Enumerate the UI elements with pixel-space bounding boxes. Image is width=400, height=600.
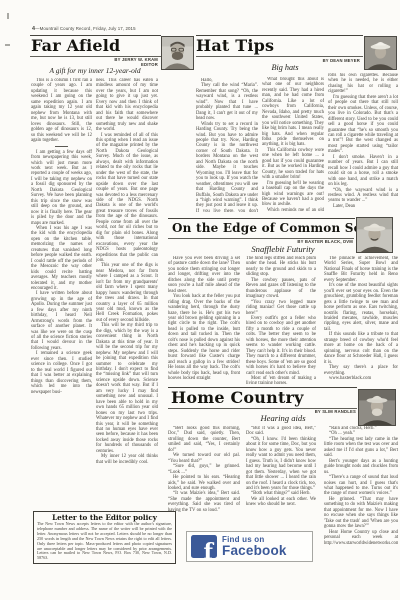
letter-policy-box: Letter to the Editor policy The New Town… <box>33 511 176 564</box>
scan-artifact <box>5 44 10 46</box>
bearded-man-glasses-portrait <box>162 37 193 69</box>
baxter-black-photo <box>356 217 393 253</box>
home-country-column-3: “Rain and clocks, Herb.”“Oh ... yeah.”“T… <box>324 426 398 568</box>
jerry-kram-photo <box>161 36 194 70</box>
man-in-white-cowboy-hat-portrait <box>365 37 396 69</box>
home-country-subhead: Hearing aids <box>233 414 333 423</box>
hat-tips-column-2: What brought this about is what one of o… <box>262 77 324 212</box>
dean-meyer-photo <box>364 36 397 70</box>
edge-column-3: The pinnacle of achievement, the World S… <box>324 256 398 384</box>
edge-of-common-sense-title: On the Edge of Common Sense <box>172 222 385 234</box>
man-in-hat-white-beard-portrait <box>359 390 395 425</box>
edge-subhead: Snafflebit Futurity <box>233 245 333 254</box>
hat-tips-subhead: Big hats <box>235 64 335 73</box>
header-rule <box>168 218 355 219</box>
letter-policy-text: The New Town News accepts letters to the… <box>37 522 172 561</box>
facebook-ad-box: f Find us on Facebook <box>186 531 313 562</box>
facebook-wordmark: Facebook <box>222 544 287 557</box>
far-afield-column-2: ness. This career has eaten a mindless a… <box>96 78 158 508</box>
home-country-title: Home Country <box>171 390 304 406</box>
home-country-column-1: “Bert looks good this morning, Doc,” Dud… <box>168 426 240 522</box>
folio-text: —Mountrail County Record, Friday, July 1… <box>35 26 136 31</box>
home-country-column-2: “But it was a good idea, Bert,” Doc said… <box>246 426 316 510</box>
far-afield-column-1: This is a column I first ran a couple of… <box>31 78 92 508</box>
far-afield-title: Far Afield <box>31 38 120 54</box>
newspaper-page: 4—Mountrail County Record, Friday, July … <box>0 0 400 600</box>
edge-column-1: Have you ever been driving a set of past… <box>168 256 240 384</box>
man-in-cowboy-hat-mustache-portrait <box>357 218 392 252</box>
slim-randles-photo <box>358 389 396 426</box>
hat-tips-title: Hat Tips <box>196 38 274 54</box>
page-folio: 4—Mountrail County Record, Friday, July … <box>32 26 136 32</box>
facebook-ad-text: Find us on Facebook <box>222 536 287 558</box>
hat-tips-column-3: rolls his own cigarettes. Because when h… <box>328 73 398 212</box>
hat-tips-column-1: Hallo,They call the wind “Maria”. Rememb… <box>196 78 258 212</box>
scan-artifact <box>7 13 9 19</box>
facebook-f-icon: f <box>191 535 217 558</box>
header-rule <box>196 56 363 57</box>
edge-column-2: The hind legs stiffen and reach plum und… <box>246 256 316 384</box>
far-afield-subhead: A gift for my inner 12-year-old <box>30 67 160 75</box>
facebook-f-glyph: f <box>204 541 213 558</box>
letter-policy-title: Letter to the Editor policy <box>37 514 172 522</box>
